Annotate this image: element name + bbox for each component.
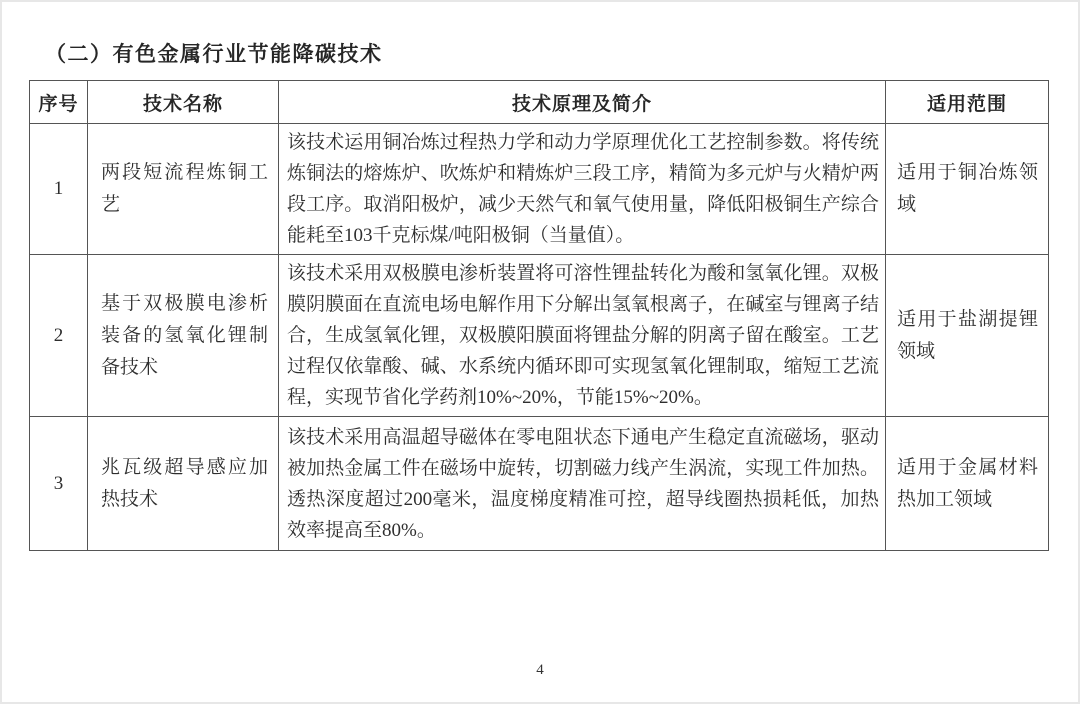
row-serial-number: 3 [30, 417, 88, 551]
section-title: （二）有色金属行业节能降碳技术 [45, 38, 383, 68]
application-scope: 适用于盐湖提锂领域 [886, 255, 1049, 417]
document-page: （二）有色金属行业节能降碳技术 序号 技术名称 技术原理及简介 适用范围 1 两… [0, 0, 1080, 704]
table-header-row: 序号 技术名称 技术原理及简介 适用范围 [30, 81, 1049, 124]
technology-description: 该技术运用铜冶炼过程热力学和动力学原理优化工艺控制参数。将传统炼铜法的熔炼炉、吹… [279, 124, 886, 255]
technology-name: 两段短流程炼铜工艺 [88, 124, 279, 255]
column-header-technology-name: 技术名称 [88, 81, 279, 124]
technology-table: 序号 技术名称 技术原理及简介 适用范围 1 两段短流程炼铜工艺 该技术运用铜冶… [29, 80, 1049, 551]
page-number: 4 [0, 662, 1080, 679]
column-header-application-scope: 适用范围 [886, 81, 1049, 124]
column-header-serial-number: 序号 [30, 81, 88, 124]
column-header-principle-intro: 技术原理及简介 [279, 81, 886, 124]
row-serial-number: 2 [30, 255, 88, 417]
table-row: 3 兆瓦级超导感应加热技术 该技术采用高温超导磁体在零电阻状态下通电产生稳定直流… [30, 417, 1049, 551]
technology-name: 基于双极膜电渗析装备的氢氧化锂制备技术 [88, 255, 279, 417]
application-scope: 适用于铜冶炼领域 [886, 124, 1049, 255]
table-row: 2 基于双极膜电渗析装备的氢氧化锂制备技术 该技术采用双极膜电渗析装置将可溶性锂… [30, 255, 1049, 417]
technology-name: 兆瓦级超导感应加热技术 [88, 417, 279, 551]
technology-description: 该技术采用高温超导磁体在零电阻状态下通电产生稳定直流磁场，驱动被加热金属工件在磁… [279, 417, 886, 551]
table-row: 1 两段短流程炼铜工艺 该技术运用铜冶炼过程热力学和动力学原理优化工艺控制参数。… [30, 124, 1049, 255]
application-scope: 适用于金属材料热加工领域 [886, 417, 1049, 551]
row-serial-number: 1 [30, 124, 88, 255]
technology-description: 该技术采用双极膜电渗析装置将可溶性锂盐转化为酸和氢氧化锂。双极膜阴膜面在直流电场… [279, 255, 886, 417]
